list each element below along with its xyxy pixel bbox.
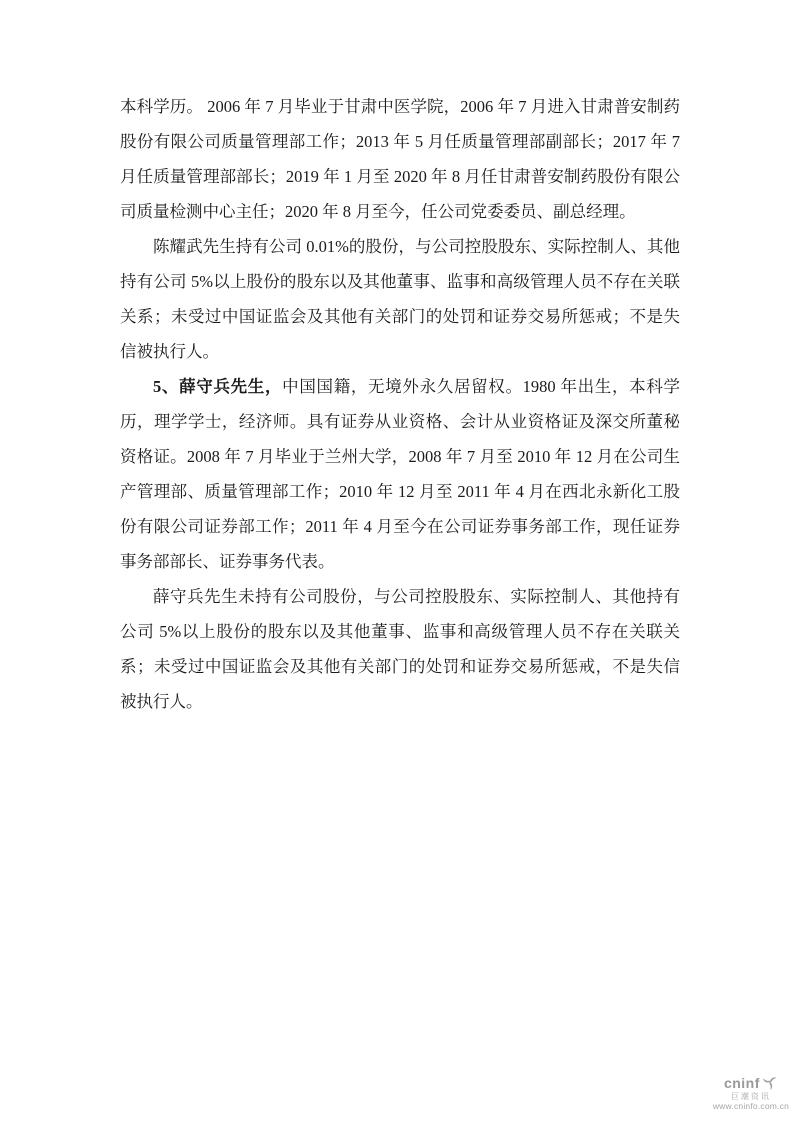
cninfo-website: www.cninfo.com.cn xyxy=(713,1102,789,1112)
cninfo-wordmark: cninf xyxy=(724,1075,760,1091)
document-page: 本科学历。 2006 年 7 月毕业于甘肃中医学院，2006 年 7 月进入甘肃… xyxy=(0,0,793,1122)
section-lead-xue-shoubing: 5、薛守兵先生， xyxy=(153,377,282,396)
paragraph-chen-disclosure: 陈耀武先生持有公司 0.01%的股份，与公司控股股东、实际控制人、其他持有公司 … xyxy=(120,229,680,369)
paragraph-text: 陈耀武先生持有公司 0.01%的股份，与公司控股股东、实际控制人、其他持有公司 … xyxy=(120,237,680,361)
cninfo-logo: cninf 巨潮资讯 www.cninfo.com.cn xyxy=(713,1075,789,1112)
cninfo-wordmark-row: cninf xyxy=(713,1075,789,1091)
cninfo-swirl-icon xyxy=(762,1074,778,1090)
cninfo-chinese-name: 巨潮资讯 xyxy=(713,1092,789,1101)
paragraph-text: 本科学历。 2006 年 7 月毕业于甘肃中医学院，2006 年 7 月进入甘肃… xyxy=(120,97,680,221)
paragraph-continuation: 本科学历。 2006 年 7 月毕业于甘肃中医学院，2006 年 7 月进入甘肃… xyxy=(120,89,680,229)
paragraph-xue-disclosure: 薛守兵先生未持有公司股份，与公司控股股东、实际控制人、其他持有公司 5%以上股份… xyxy=(120,579,680,719)
paragraph-text: 中国国籍，无境外永久居留权。1980 年出生，本科学历，理学学士，经济师。具有证… xyxy=(120,377,680,571)
document-body: 本科学历。 2006 年 7 月毕业于甘肃中医学院，2006 年 7 月进入甘肃… xyxy=(120,89,680,719)
paragraph-text: 薛守兵先生未持有公司股份，与公司控股股东、实际控制人、其他持有公司 5%以上股份… xyxy=(120,587,680,711)
paragraph-xue-bio: 5、薛守兵先生，中国国籍，无境外永久居留权。1980 年出生，本科学历，理学学士… xyxy=(120,369,680,579)
